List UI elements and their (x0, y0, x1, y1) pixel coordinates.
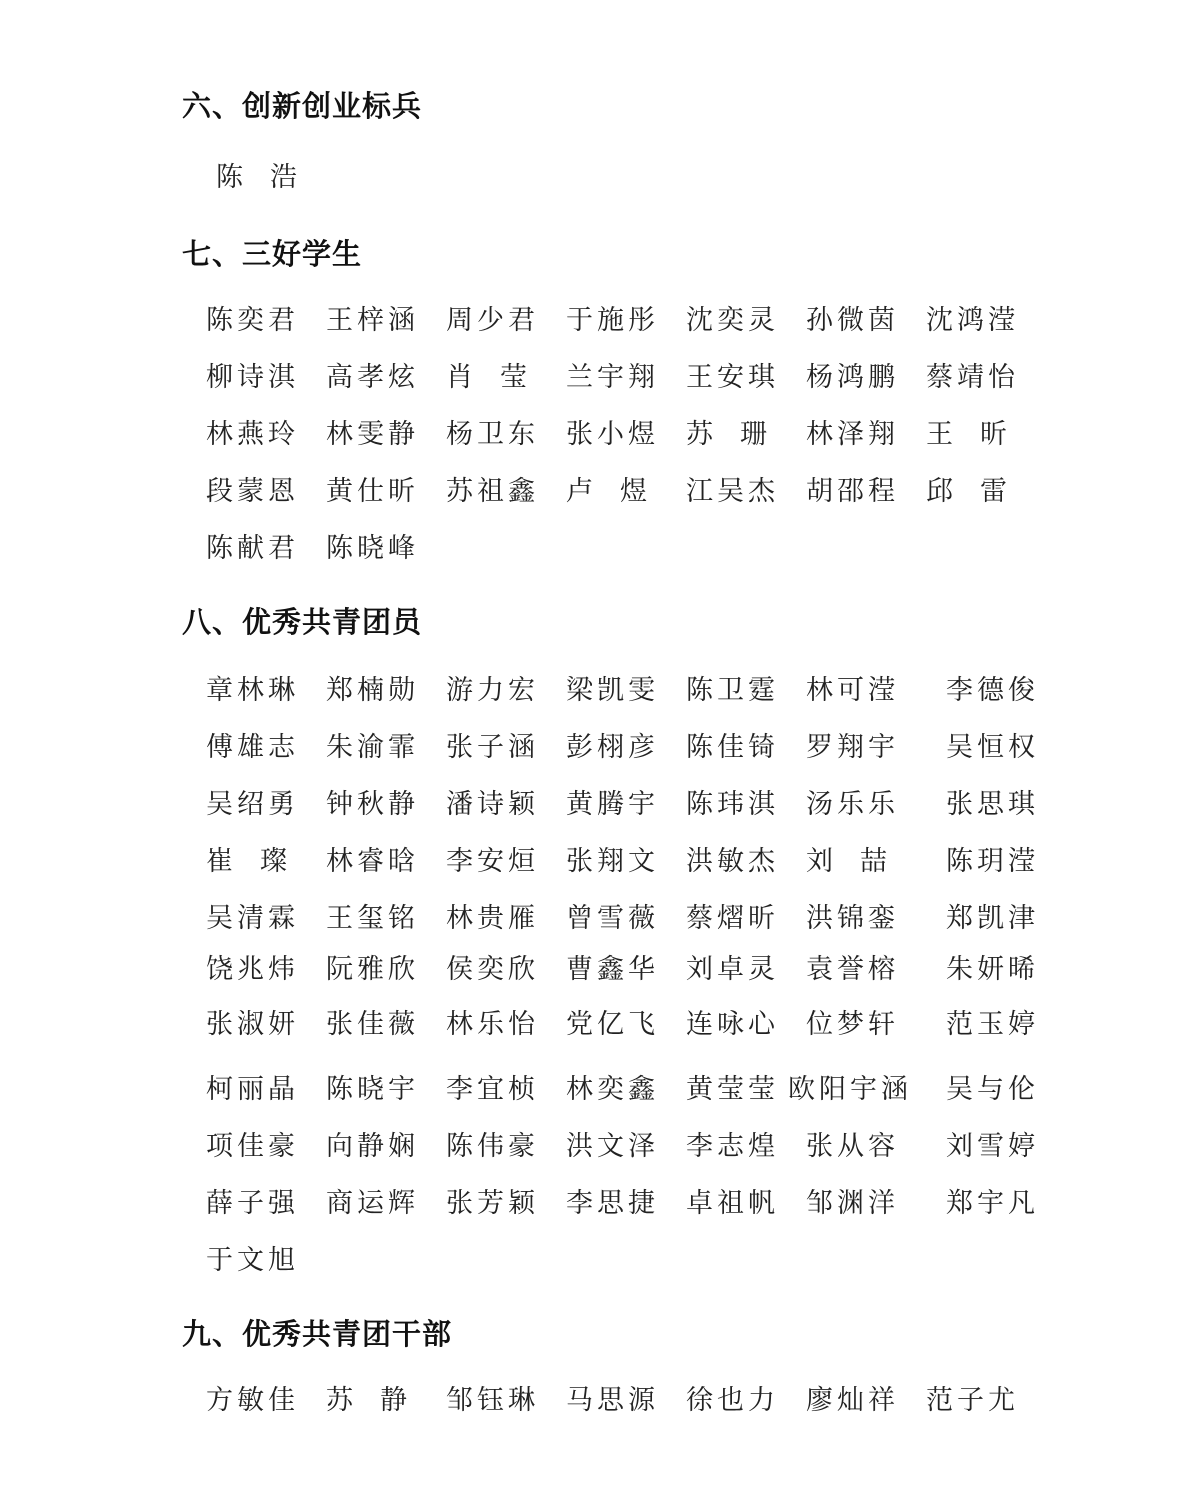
honoree-name: 张小煜 (566, 412, 659, 451)
honoree-name: 项佳豪 (206, 1124, 299, 1163)
honoree-name: 于文旭 (206, 1238, 299, 1277)
honoree-name: 傅雄志 (206, 725, 299, 764)
honoree-name: 马思源 (566, 1378, 659, 1417)
honoree-name: 段蒙恩 (206, 469, 299, 508)
honoree-name: 饶兆炜 (206, 947, 299, 986)
honoree-name: 袁誉榕 (806, 947, 899, 986)
section-heading: 七、三好学生 (182, 232, 362, 273)
honoree-name: 彭栩彦 (566, 725, 659, 764)
honoree-name: 刘卓灵 (686, 947, 779, 986)
honoree-name: 刘雪婷 (946, 1124, 1039, 1163)
honoree-name: 邹渊洋 (806, 1181, 899, 1220)
honoree-name: 方敏佳 (206, 1378, 299, 1417)
honoree-name: 王玺铭 (326, 896, 419, 935)
honoree-name: 江吴杰 (686, 469, 779, 508)
honoree-name: 朱渝霏 (326, 725, 419, 764)
honoree-name: 苏 珊 (686, 412, 767, 451)
honoree-name: 欧阳宇涵 (788, 1067, 912, 1106)
honoree-name: 孙微茵 (806, 298, 899, 337)
honoree-name: 洪锦銮 (806, 896, 899, 935)
honoree-name: 吴恒权 (946, 725, 1039, 764)
honoree-name: 王 昕 (926, 412, 1007, 451)
honoree-name: 苏 静 (326, 1378, 407, 1417)
honoree-name: 张思琪 (946, 782, 1039, 821)
honoree-name: 潘诗颖 (446, 782, 539, 821)
honoree-name: 张佳薇 (326, 1002, 419, 1041)
honoree-name: 张翔文 (566, 839, 659, 878)
honoree-name: 高孝炫 (326, 355, 419, 394)
honoree-name: 黄腾宇 (566, 782, 659, 821)
honoree-name: 曹鑫华 (566, 947, 659, 986)
honoree-name: 林雯静 (326, 412, 419, 451)
honoree-name: 胡邵程 (806, 469, 899, 508)
honoree-name: 陈奕君 (206, 298, 299, 337)
honoree-name: 陈晓峰 (326, 526, 419, 565)
honoree-name: 李宜桢 (446, 1067, 539, 1106)
honoree-name: 陈玮淇 (686, 782, 779, 821)
honoree-name: 卢 煜 (566, 469, 647, 508)
honoree-name: 刘 喆 (806, 839, 887, 878)
honoree-name: 邹钰琳 (446, 1378, 539, 1417)
honoree-name: 郑凯津 (946, 896, 1039, 935)
honoree-name: 陈献君 (206, 526, 299, 565)
honoree-name: 郑宇凡 (946, 1181, 1039, 1220)
honoree-name: 陈伟豪 (446, 1124, 539, 1163)
honoree-name: 商运辉 (326, 1181, 419, 1220)
honoree-name: 党亿飞 (566, 1002, 659, 1041)
honoree-name: 曾雪薇 (566, 896, 659, 935)
honoree-name: 洪文泽 (566, 1124, 659, 1163)
honoree-name: 黄仕昕 (326, 469, 419, 508)
honoree-name: 李德俊 (946, 668, 1039, 707)
honoree-name: 范玉婷 (946, 1002, 1039, 1041)
honoree-name: 李志煌 (686, 1124, 779, 1163)
honoree-name: 陈玥滢 (946, 839, 1039, 878)
honoree-name: 陈佳锜 (686, 725, 779, 764)
honoree-name: 兰宇翔 (566, 355, 659, 394)
honoree-name: 沈鸿滢 (926, 298, 1019, 337)
honoree-name: 王梓涵 (326, 298, 419, 337)
honoree-name: 杨鸿鹏 (806, 355, 899, 394)
honoree-name: 张芳颖 (446, 1181, 539, 1220)
honoree-name: 肖 莹 (446, 355, 527, 394)
honoree-name: 杨卫东 (446, 412, 539, 451)
honoree-name: 崔 璨 (206, 839, 287, 878)
honoree-name: 薛子强 (206, 1181, 299, 1220)
honoree-name: 洪敏杰 (686, 839, 779, 878)
honoree-name: 柯丽晶 (206, 1067, 299, 1106)
honoree-name: 朱妍晞 (946, 947, 1039, 986)
honoree-name: 陈 浩 (216, 155, 297, 194)
honoree-name: 游力宏 (446, 668, 539, 707)
honoree-name: 蔡熠昕 (686, 896, 779, 935)
honoree-name: 吴绍勇 (206, 782, 299, 821)
honoree-name: 林可滢 (806, 668, 899, 707)
honoree-name: 徐也力 (686, 1378, 779, 1417)
section-heading: 九、优秀共青团干部 (182, 1312, 452, 1353)
honoree-name: 蔡靖怡 (926, 355, 1019, 394)
honoree-name: 邱 雷 (926, 469, 1007, 508)
honoree-name: 王安琪 (686, 355, 779, 394)
honoree-name: 汤乐乐 (806, 782, 899, 821)
honoree-name: 章林琳 (206, 668, 299, 707)
honoree-name: 林燕玲 (206, 412, 299, 451)
honoree-name: 梁凯雯 (566, 668, 659, 707)
honoree-name: 郑楠勋 (326, 668, 419, 707)
honoree-name: 钟秋静 (326, 782, 419, 821)
honoree-name: 陈卫霆 (686, 668, 779, 707)
honoree-name: 侯奕欣 (446, 947, 539, 986)
honoree-name: 李安烜 (446, 839, 539, 878)
honoree-name: 于施彤 (566, 298, 659, 337)
honoree-name: 范子尤 (926, 1378, 1019, 1417)
honoree-name: 林贵雁 (446, 896, 539, 935)
honoree-name: 向静娴 (326, 1124, 419, 1163)
honoree-name: 吴与伦 (946, 1067, 1039, 1106)
honoree-name: 柳诗淇 (206, 355, 299, 394)
honoree-name: 张淑妍 (206, 1002, 299, 1041)
honoree-name: 林奕鑫 (566, 1067, 659, 1106)
honoree-name: 阮雅欣 (326, 947, 419, 986)
honoree-name: 林泽翔 (806, 412, 899, 451)
honoree-name: 张从容 (806, 1124, 899, 1163)
honoree-name: 林睿晗 (326, 839, 419, 878)
honoree-name: 连咏心 (686, 1002, 779, 1041)
honoree-name: 陈晓宇 (326, 1067, 419, 1106)
honoree-name: 位梦轩 (806, 1002, 899, 1041)
honoree-name: 周少君 (446, 298, 539, 337)
honoree-name: 张子涵 (446, 725, 539, 764)
honoree-name: 林乐怡 (446, 1002, 539, 1041)
document-page: 六、创新创业标兵陈 浩七、三好学生陈奕君王梓涵周少君于施彤沈奕灵孙微茵沈鸿滢柳诗… (0, 0, 1200, 1500)
honoree-name: 李思捷 (566, 1181, 659, 1220)
honoree-name: 苏祖鑫 (446, 469, 539, 508)
honoree-name: 廖灿祥 (806, 1378, 899, 1417)
honoree-name: 黄莹莹 (686, 1067, 779, 1106)
honoree-name: 罗翔宇 (806, 725, 899, 764)
section-heading: 六、创新创业标兵 (182, 84, 422, 125)
section-heading: 八、优秀共青团员 (182, 600, 422, 641)
honoree-name: 沈奕灵 (686, 298, 779, 337)
honoree-name: 吴清霖 (206, 896, 299, 935)
honoree-name: 卓祖帆 (686, 1181, 779, 1220)
